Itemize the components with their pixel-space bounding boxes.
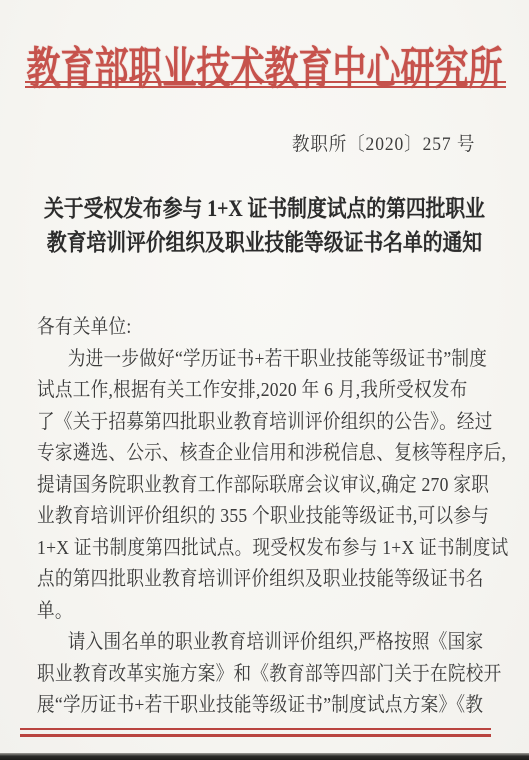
body-line: 1+X 证书制度第四批试点。现受权发布参与 1+X 证书制度试 <box>37 533 437 565</box>
page-bottom-divider-line-bottom <box>20 734 491 737</box>
letterhead-divider <box>25 81 506 88</box>
document-title: 关于受权发布参与 1+X 证书制度试点的第四批职业 教育培训评价组织及职业技能等… <box>37 192 492 260</box>
document-title-line1: 关于受权发布参与 1+X 证书制度试点的第四批职业 <box>37 192 492 226</box>
body-line: 了《关于招募第四批职业教育培训评价组织的公告》。经过 <box>37 407 437 439</box>
body-line: 职业教育改革实施方案》和《教育部等四部门关于在院校开 <box>37 659 437 691</box>
body-line: 展“学历证书+若干职业技能等级证书”制度试点方案》《教 <box>37 690 437 722</box>
letterhead-divider-line-top <box>25 81 506 83</box>
body-line: 试点工作,根据有关工作安排,2020 年 6 月,我所受权发布 <box>37 375 437 407</box>
body-line: 请入围名单的职业教育培训评价组织,严格按照《国家 <box>37 627 437 659</box>
page-bottom-divider <box>20 728 491 737</box>
body-line: 业教育培训评价组织的 355 个职业技能等级证书,可以参与 <box>37 501 437 533</box>
body-line: 为进一步做好“学历证书+若干职业技能等级证书”制度 <box>37 344 437 376</box>
salutation: 各有关单位: <box>37 312 437 344</box>
page-bottom-divider-line-top <box>20 728 491 730</box>
document-page: 教育部职业技术教育中心研究所 教职所〔2020〕257 号 关于受权发布参与 1… <box>0 0 529 760</box>
body-line: 提请国务院职业教育工作部际联席会议审议,确定 270 家职 <box>37 470 437 502</box>
body-line: 点的第四批职业教育培训评价组织及职业技能等级证书名 <box>37 564 437 596</box>
letterhead-divider-line-bottom <box>25 86 506 88</box>
document-body: 各有关单位: 为进一步做好“学历证书+若干职业技能等级证书”制度 试点工作,根据… <box>37 312 492 722</box>
document-number: 教职所〔2020〕257 号 <box>292 129 475 156</box>
document-title-line2: 教育培训评价组织及职业技能等级证书名单的通知 <box>37 226 492 260</box>
body-line: 专家遴选、公示、核查企业信用和涉税信息、复核等程序后, <box>37 438 437 470</box>
body-line: 单。 <box>37 596 437 628</box>
scan-bottom-edge <box>0 753 529 760</box>
